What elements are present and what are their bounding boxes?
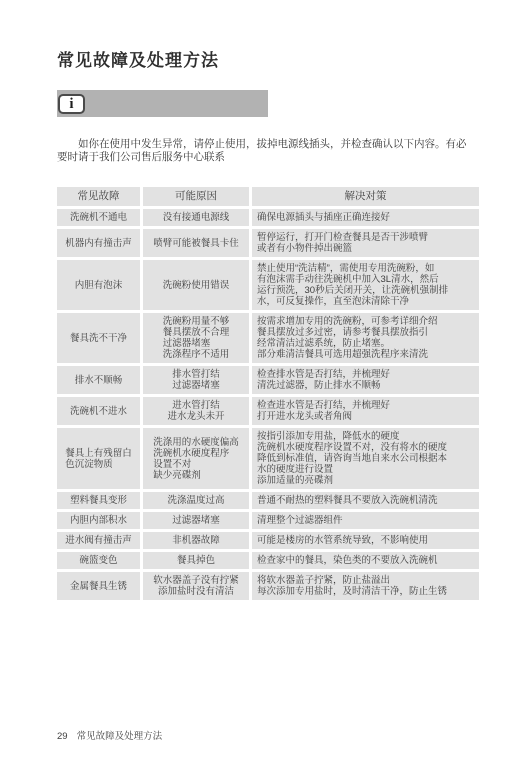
solution-cell: 按需求增加专用的洗碗粉，可参考详细介绍 餐具摆放过多过密，请参考餐具摆放指引 经…	[252, 313, 479, 363]
solution-cell: 确保电源插头与插座正确连接好	[252, 209, 479, 226]
solution-cell: 检查进水管是否打结，并梳理好 打开进水龙头或者角阀	[252, 397, 479, 425]
table-row: 金属餐具生锈 软水器盖子没有拧紧 添加盐时没有清洁 将软水器盖子拧紧，防止盐溢出…	[57, 572, 479, 600]
fault-cell: 内胆有泡沫	[57, 260, 140, 310]
page-title: 常见故障及处理方法	[57, 46, 219, 71]
solution-cell: 检查家中的餐具，染色类的不要放入洗碗机	[252, 552, 479, 569]
fault-cell: 餐具上有残留白 色沉淀物质	[57, 428, 140, 489]
fault-cell: 进水阀有撞击声	[57, 532, 140, 549]
footer-title: 常见故障及处理方法	[77, 731, 163, 742]
cause-cell: 非机器故障	[143, 532, 249, 549]
fault-cell: 餐具洗不干净	[57, 313, 140, 363]
cause-text: 洗碗粉用量不够 餐具摆放不合理 过滤器堵塞 洗涤程序不适用	[163, 316, 230, 360]
cause-cell: 洗碗粉用量不够 餐具摆放不合理 过滤器堵塞 洗涤程序不适用	[143, 313, 249, 363]
table-row: 餐具洗不干净 洗碗粉用量不够 餐具摆放不合理 过滤器堵塞 洗涤程序不适用 按需求…	[57, 313, 479, 363]
info-bar: i	[57, 90, 268, 117]
intro-paragraph: 如你在使用中发生异常，请停止使用，拔掉电源线插头，并检查确认以下内容。有必要时请…	[57, 138, 471, 164]
cause-cell: 进水管打结 进水龙头未开	[143, 397, 249, 425]
table-row: 碗篮变色 餐具掉色 检查家中的餐具，染色类的不要放入洗碗机	[57, 552, 479, 569]
cause-cell: 洗碗粉使用错误	[143, 260, 249, 310]
cause-cell: 洗涤温度过高	[143, 492, 249, 509]
cause-cell: 洗涤用的水硬度偏高 洗碗机水硬度程序 设置不对 缺少亮碟剂	[143, 428, 249, 489]
table-row: 进水阀有撞击声 非机器故障 可能是楼房的水管系统导致，不影响使用	[57, 532, 479, 549]
solution-cell: 可能是楼房的水管系统导致，不影响使用	[252, 532, 479, 549]
solution-cell: 禁止使用“洗洁精”，需使用专用洗碗粉，如 有泡沫需手动往洗碗机中加入3L清水，然…	[252, 260, 479, 310]
page-footer: 29常见故障及处理方法	[57, 728, 162, 742]
solution-cell: 普通不耐热的塑料餐具不要放入洗碗机清洗	[252, 492, 479, 509]
table-row: 机器内有撞击声 喷臂可能被餐具卡住 暂停运行，打开门检查餐具是否干涉喷臂 或者有…	[57, 229, 479, 257]
solution-cell: 检查排水管是否打结，并梳理好 清洗过滤器，防止排水不顺畅	[252, 366, 479, 394]
table-row: 塑料餐具变形 洗涤温度过高 普通不耐热的塑料餐具不要放入洗碗机清洗	[57, 492, 479, 509]
fault-cell: 塑料餐具变形	[57, 492, 140, 509]
cause-cell: 没有接通电源线	[143, 209, 249, 226]
fault-cell: 金属餐具生锈	[57, 572, 140, 600]
cause-text: 洗涤用的水硬度偏高 洗碗机水硬度程序 设置不对 缺少亮碟剂	[153, 437, 239, 481]
table-row: 排水不顺畅 排水管打结 过滤器堵塞 检查排水管是否打结，并梳理好 清洗过滤器，防…	[57, 366, 479, 394]
column-header-fault: 常见故障	[57, 187, 140, 206]
solution-cell: 清理整个过滤器组件	[252, 512, 479, 529]
troubleshooting-table: 常见故障 可能原因 解决对策 洗碗机不通电 没有接通电源线 确保电源插头与插座正…	[54, 184, 482, 603]
cause-cell: 餐具掉色	[143, 552, 249, 569]
manual-page: 常见故障及处理方法 i 如你在使用中发生异常，请停止使用，拔掉电源线插头，并检查…	[0, 0, 507, 778]
solution-cell: 按指引添加专用盐，降低水的硬度 洗碗机水硬度程序设置不对，没有将水的硬度 降低到…	[252, 428, 479, 489]
table-row: 洗碗机不通电 没有接通电源线 确保电源插头与插座正确连接好	[57, 209, 479, 226]
table-row: 内胆有泡沫 洗碗粉使用错误 禁止使用“洗洁精”，需使用专用洗碗粉，如 有泡沫需手…	[57, 260, 479, 310]
fault-cell: 碗篮变色	[57, 552, 140, 569]
fault-cell: 排水不顺畅	[57, 366, 140, 394]
solution-cell: 将软水器盖子拧紧，防止盐溢出 每次添加专用盐时，及时清洁干净，防止生锈	[252, 572, 479, 600]
table-row: 餐具上有残留白 色沉淀物质 洗涤用的水硬度偏高 洗碗机水硬度程序 设置不对 缺少…	[57, 428, 479, 489]
fault-cell: 内胆内部积水	[57, 512, 140, 529]
table-row: 内胆内部积水 过滤器堵塞 清理整个过滤器组件	[57, 512, 479, 529]
table-row: 洗碗机不进水 进水管打结 进水龙头未开 检查进水管是否打结，并梳理好 打开进水龙…	[57, 397, 479, 425]
cause-cell: 排水管打结 过滤器堵塞	[143, 366, 249, 394]
info-icon: i	[58, 94, 85, 114]
page-number: 29	[57, 731, 68, 742]
cause-cell: 喷臂可能被餐具卡住	[143, 229, 249, 257]
solution-cell: 暂停运行，打开门检查餐具是否干涉喷臂 或者有小物件掉出碗篮	[252, 229, 479, 257]
column-header-solution: 解决对策	[252, 187, 479, 206]
cause-cell: 软水器盖子没有拧紧 添加盐时没有清洁	[143, 572, 249, 600]
cause-cell: 过滤器堵塞	[143, 512, 249, 529]
fault-cell: 洗碗机不进水	[57, 397, 140, 425]
fault-cell: 洗碗机不通电	[57, 209, 140, 226]
fault-text: 餐具上有残留白 色沉淀物质	[65, 448, 132, 470]
column-header-cause: 可能原因	[143, 187, 249, 206]
fault-cell: 机器内有撞击声	[57, 229, 140, 257]
table-header-row: 常见故障 可能原因 解决对策	[57, 187, 479, 206]
